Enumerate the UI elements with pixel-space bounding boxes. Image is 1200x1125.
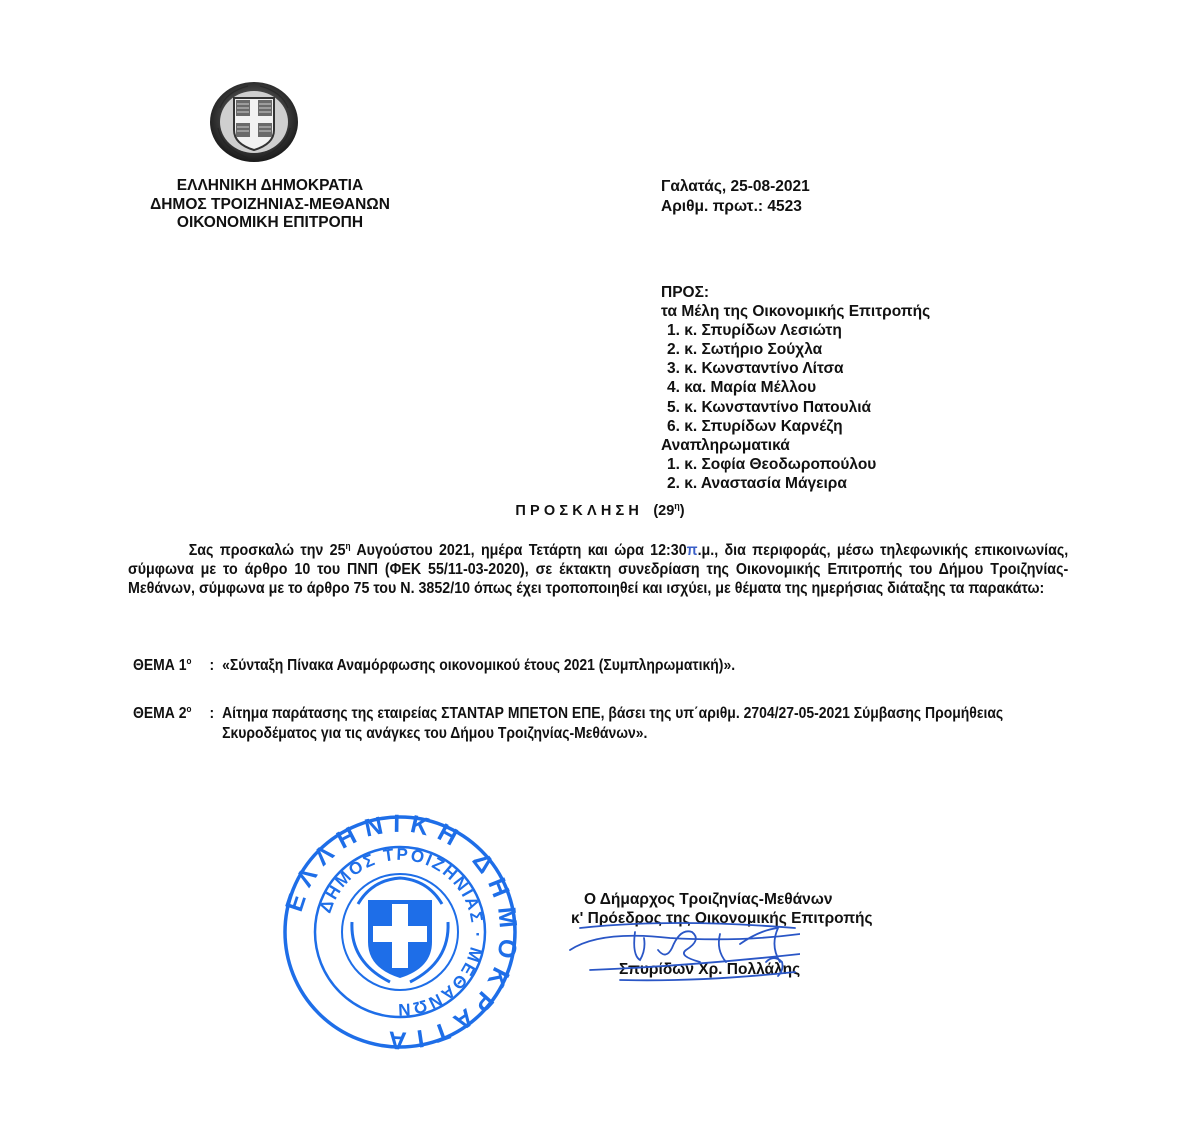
- issuer-line-country: ΕΛΛΗΝΙΚΗ ΔΗΜΟΚΡΑΤΙΑ: [100, 177, 440, 196]
- recipients-block: ΠΡΟΣ: τα Μέλη της Οικονομικής Επιτροπής …: [661, 283, 930, 493]
- invitation-body: Σας προσκαλώ την 25η Αυγούστου 2021, ημέ…: [128, 541, 1068, 599]
- to-label: ΠΡΟΣ:: [661, 283, 930, 302]
- recipient-item: 6. κ. Σπυρίδων Καρνέζη: [661, 417, 930, 436]
- agenda-text: Αίτημα παράτασης της εταιρείας ΣΤΑΝΤΑΡ Μ…: [222, 704, 1087, 743]
- recipient-item: 1. κ. Σπυρίδων Λεσιώτη: [661, 321, 930, 340]
- alternate-item: 2. κ. Αναστασία Μάγειρα: [661, 474, 930, 493]
- signature-icon: [440, 910, 800, 990]
- agenda-text: «Σύνταξη Πίνακα Αναμόρφωσης οικονομικού …: [222, 656, 1087, 676]
- document-title: ΠΡΟΣΚΛΗΣΗ (29η): [0, 503, 1200, 519]
- protocol-number: 4523: [767, 198, 801, 215]
- handwritten-correction: π: [687, 542, 698, 559]
- recipient-item: 3. κ. Κωνσταντίνο Λίτσα: [661, 359, 930, 378]
- recipient-item: 4. κα. Μαρία Μέλλου: [661, 378, 930, 397]
- greek-coat-of-arms-icon: [208, 78, 300, 166]
- place-date: Γαλατάς, 25-08-2021: [661, 177, 810, 197]
- alternate-item: 1. κ. Σοφία Θεοδωροπούλου: [661, 455, 930, 474]
- agenda-item: ΘΕΜΑ 2ο : Αίτημα παράτασης της εταιρείας…: [133, 704, 1087, 743]
- signatory-title: Ο Δήμαρχος Τροιζηνίας-Μεθάνων: [584, 890, 832, 909]
- alternates-label: Αναπληρωματικά: [661, 436, 930, 455]
- protocol-number-line: Αριθμ. πρωτ.: 4523: [661, 197, 810, 217]
- recipient-item: 5. κ. Κωνσταντίνο Πατουλιά: [661, 398, 930, 417]
- issuer-line-municipality: ΔΗΜΟΣ ΤΡΟΙΖΗΝΙΑΣ-ΜΕΘΑΝΩΝ: [100, 196, 440, 215]
- agenda-label: ΘΕΜΑ 1ο: [133, 656, 210, 676]
- issuer-line-committee: ΟΙΚΟΝΟΜΙΚΗ ΕΠΙΤΡΟΠΗ: [100, 214, 440, 233]
- title-text: ΠΡΟΣΚΛΗΣΗ: [515, 503, 643, 519]
- agenda-item: ΘΕΜΑ 1ο : «Σύνταξη Πίνακα Αναμόρφωσης οι…: [133, 656, 1087, 676]
- coat-of-arms-emblem: [208, 78, 300, 166]
- issuer-header: ΕΛΛΗΝΙΚΗ ΔΗΜΟΚΡΑΤΙΑ ΔΗΜΟΣ ΤΡΟΙΖΗΝΙΑΣ-ΜΕΘ…: [100, 177, 440, 233]
- handwritten-signature: [440, 910, 800, 990]
- recipients-group-label: τα Μέλη της Οικονομικής Επιτροπής: [661, 302, 930, 321]
- protocol-label: Αριθμ. πρωτ.:: [661, 198, 763, 215]
- invitation-number: (29η): [653, 503, 684, 519]
- document-meta: Γαλατάς, 25-08-2021 Αριθμ. πρωτ.: 4523: [661, 177, 810, 217]
- recipient-item: 2. κ. Σωτήριο Σούχλα: [661, 340, 930, 359]
- agenda-label: ΘΕΜΑ 2ο: [133, 704, 210, 743]
